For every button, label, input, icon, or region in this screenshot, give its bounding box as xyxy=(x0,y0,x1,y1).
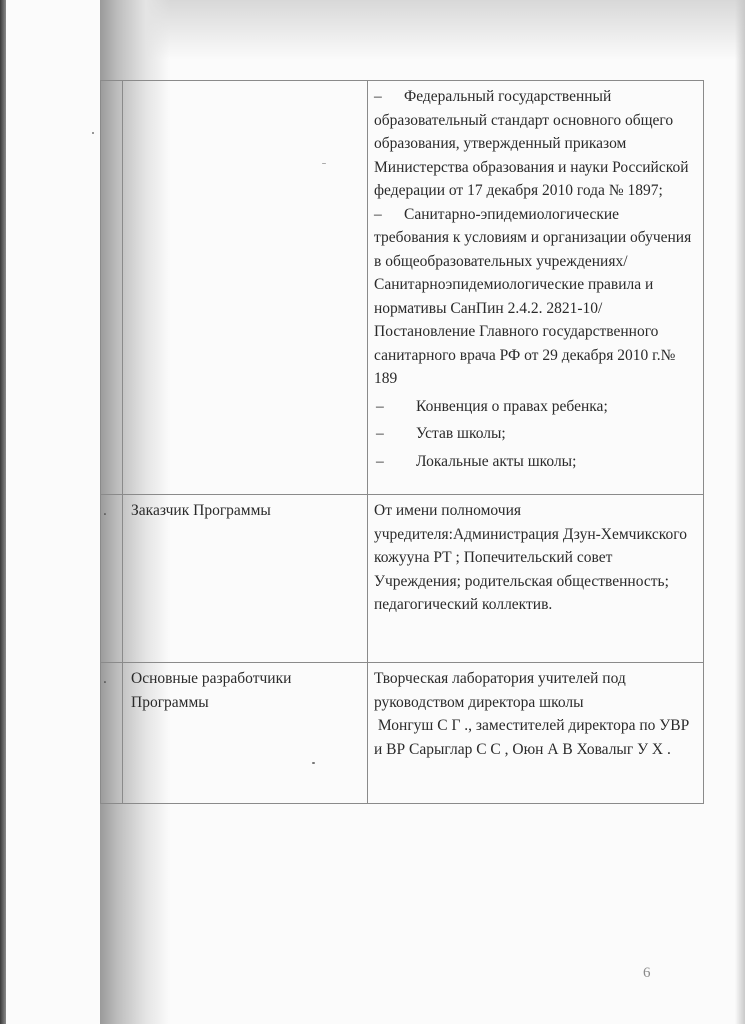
dash-marker: – xyxy=(374,395,416,419)
row-content-developers: Творческая лаборатория учителей под руко… xyxy=(368,663,704,804)
list-item-text: Конвенция о правах ребенка; xyxy=(416,398,608,415)
row-label: Основные разработчики Программы xyxy=(123,663,368,804)
content-line: Творческая лаборатория учителей под руко… xyxy=(374,667,697,714)
row-number xyxy=(101,81,123,495)
row-number: . xyxy=(101,495,123,663)
list-item: –Санитарно-эпидемиологические требования… xyxy=(374,203,697,391)
list-item: –Федеральный государственный образовател… xyxy=(374,85,697,203)
table-row: . Основные разработчики Программы Творче… xyxy=(101,663,704,804)
scan-shadow-right xyxy=(735,0,745,1024)
list-item: –Конвенция о правах ребенка; xyxy=(374,395,697,419)
list-item-text: Санитарно-эпидемиологические требования … xyxy=(374,206,691,388)
table-row: –Федеральный государственный образовател… xyxy=(101,81,704,495)
scan-shadow-left xyxy=(0,0,6,1024)
row-content-customer: От имени полномочия учредителя:Администр… xyxy=(368,495,704,663)
content-line: Монгуш С Г ., заместителей директора по … xyxy=(374,714,697,761)
scan-speck xyxy=(92,132,94,134)
scan-shadow-top xyxy=(100,0,745,60)
program-passport-table: –Федеральный государственный образовател… xyxy=(100,80,704,804)
row-number: . xyxy=(101,663,123,804)
row-label: Заказчик Программы xyxy=(123,495,368,663)
row-content-legal-basis: –Федеральный государственный образовател… xyxy=(368,81,704,495)
dash-marker: – xyxy=(374,203,404,227)
dash-marker: – xyxy=(374,450,416,474)
table-row: . Заказчик Программы От имени полномочия… xyxy=(101,495,704,663)
dash-marker: – xyxy=(374,85,404,109)
page-number: 6 xyxy=(643,965,651,982)
list-item-text: Устав школы; xyxy=(416,425,506,442)
dash-marker: – xyxy=(374,422,416,446)
list-item: –Локальные акты школы; xyxy=(374,450,697,474)
list-item: –Устав школы; xyxy=(374,422,697,446)
row-label xyxy=(123,81,368,495)
list-item-text: Федеральный государственный образователь… xyxy=(374,88,689,199)
list-item-text: Локальные акты школы; xyxy=(416,453,576,470)
